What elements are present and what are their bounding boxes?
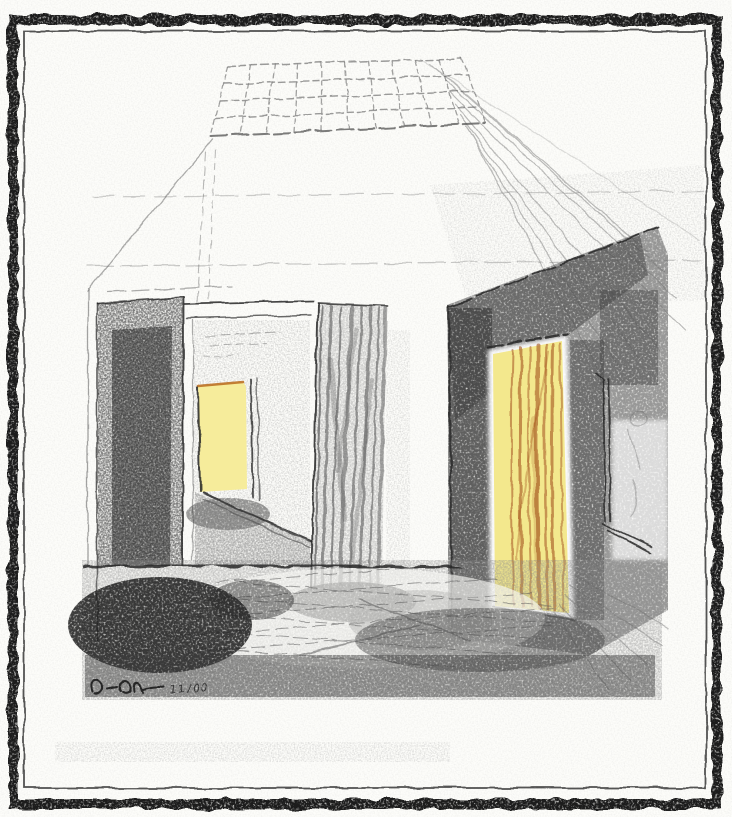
sketch-artwork: 11/00 — [0, 0, 732, 817]
drawing-canvas: 11/00 — [0, 0, 732, 817]
